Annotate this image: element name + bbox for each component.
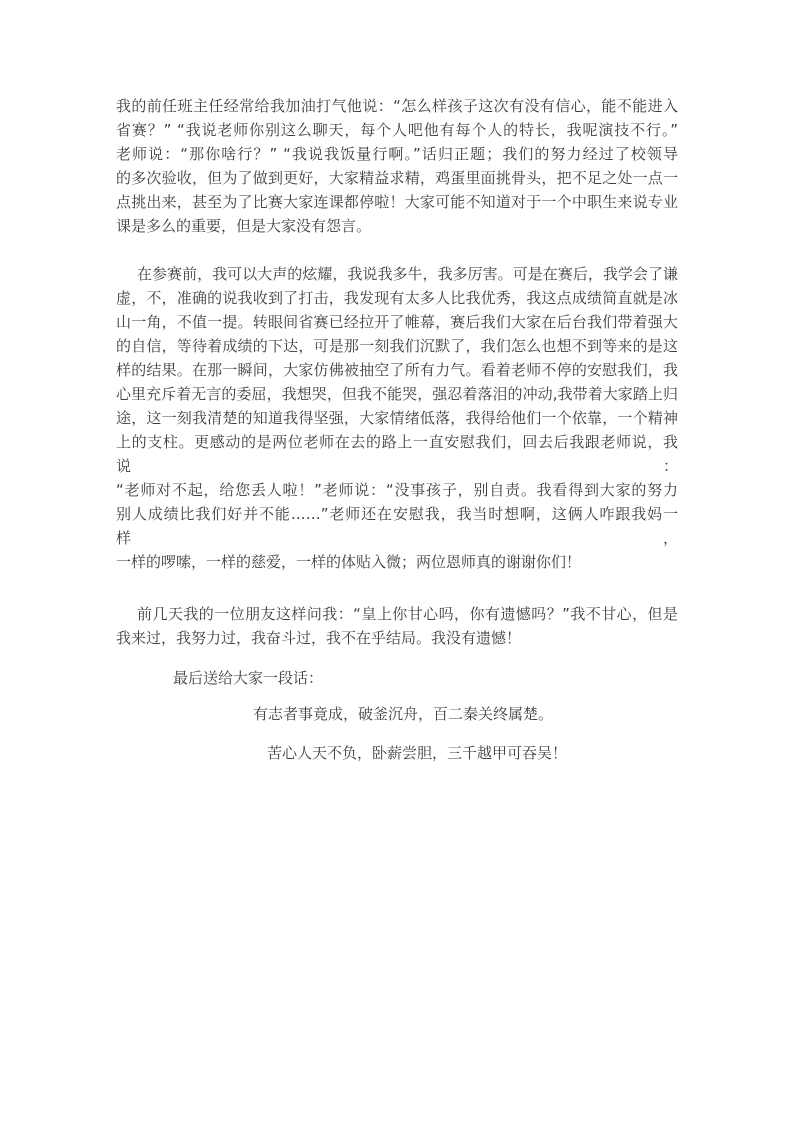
document-page: 我的前任班主任经常给我加油打气他说：“怎么样孩子这次有没有信心，能不能进入 省赛… (0, 0, 794, 1123)
text-line: 点挑出来，甚至为了比赛大家连课都停啦！大家可能不知道对于一个中职生来说专业 (116, 190, 678, 214)
text-line: 途，这一刻我清楚的知道我得坚强，大家情绪低落，我得给他们一个依靠，一个精神 (116, 406, 678, 430)
text-line: 苦心人天不负，卧薪尝胆，三千越甲可吞吴！ (267, 741, 794, 765)
text-line: 有志者事竟成，破釜沉舟，百二秦关终属楚。 (253, 702, 794, 726)
text-line: 的多次验收，但为了做到更好，大家精益求精，鸡蛋里面挑骨头，把不足之处一点一 (116, 166, 678, 190)
text-line: 课是多么的重要，但是大家没有怨言。 (116, 214, 678, 238)
text-line: 老师说：“那你啥行？” “我说我饭量行啊。”话归正题；我们的努力经过了校领导 (116, 142, 678, 166)
quote-line-2: 苦心人天不负，卧薪尝胆，三千越甲可吞吴！ (116, 741, 794, 765)
closing-lead-line: 最后送给大家一段话： (116, 666, 735, 690)
text-line: 前几天我的一位朋友这样问我：“皇上你甘心吗，你有遗憾吗？”我不甘心，但是 (116, 602, 678, 626)
text-line: 山一角，不值一提。转眼间省赛已经拉开了帷幕，赛后我们大家在后台我们带着强大 (116, 310, 678, 334)
text-line: 我来过，我努力过，我奋斗过，我不在乎结局。我没有遗憾！ (116, 626, 678, 650)
text-line: 在参赛前，我可以大声的炫耀，我说我多牛，我多厉害。可是在赛后，我学会了谦 (116, 262, 678, 286)
text-line: 的自信，等待着成绩的下达，可是那一刻我们沉默了，我们怎么也想不到等来的是这 (116, 334, 678, 358)
text-line: 一样的啰嗦，一样的慈爱，一样的体贴入微；两位恩师真的谢谢你们！ (116, 550, 678, 574)
paragraph-competition: 在参赛前，我可以大声的炫耀，我说我多牛，我多厉害。可是在赛后，我学会了谦 虚，不… (116, 262, 678, 574)
text-line: 别人成绩比我们好并不能……”老师还在安慰我，我当时想啊，这俩人咋跟我妈一样， (116, 502, 678, 550)
text-line: “老师对不起，给您丢人啦！”老师说：“没事孩子，别自责。我看得到大家的努力 (116, 478, 678, 502)
text-line: 省赛？” “我说老师你别这么聊天，每个人吧他有每个人的特长，我呢演技不行。” (116, 118, 678, 142)
paragraph-friend-question: 前几天我的一位朋友这样问我：“皇上你甘心吗，你有遗憾吗？”我不甘心，但是 我来过… (116, 602, 678, 650)
text-line: 我的前任班主任经常给我加油打气他说：“怎么样孩子这次有没有信心，能不能进入 (116, 94, 678, 118)
text-line: 心里充斥着无言的委屈，我想哭，但我不能哭，强忍着落泪的冲动,我带着大家踏上归 (116, 382, 678, 406)
text-line: 虚，不，准确的说我收到了打击，我发现有太多人比我优秀，我这点成绩简直就是冰 (116, 286, 678, 310)
paragraph-opening: 我的前任班主任经常给我加油打气他说：“怎么样孩子这次有没有信心，能不能进入 省赛… (116, 94, 678, 238)
text-line: 最后送给大家一段话： (173, 666, 735, 690)
text-line: 上的支柱。更感动的是两位老师在去的路上一直安慰我们，回去后我跟老师说，我说： (116, 430, 678, 478)
text-line: 样的结果。在那一瞬间，大家仿佛被抽空了所有力气。看着老师不停的安慰我们，我 (116, 358, 678, 382)
quote-line-1: 有志者事竟成，破釜沉舟，百二秦关终属楚。 (116, 702, 794, 726)
